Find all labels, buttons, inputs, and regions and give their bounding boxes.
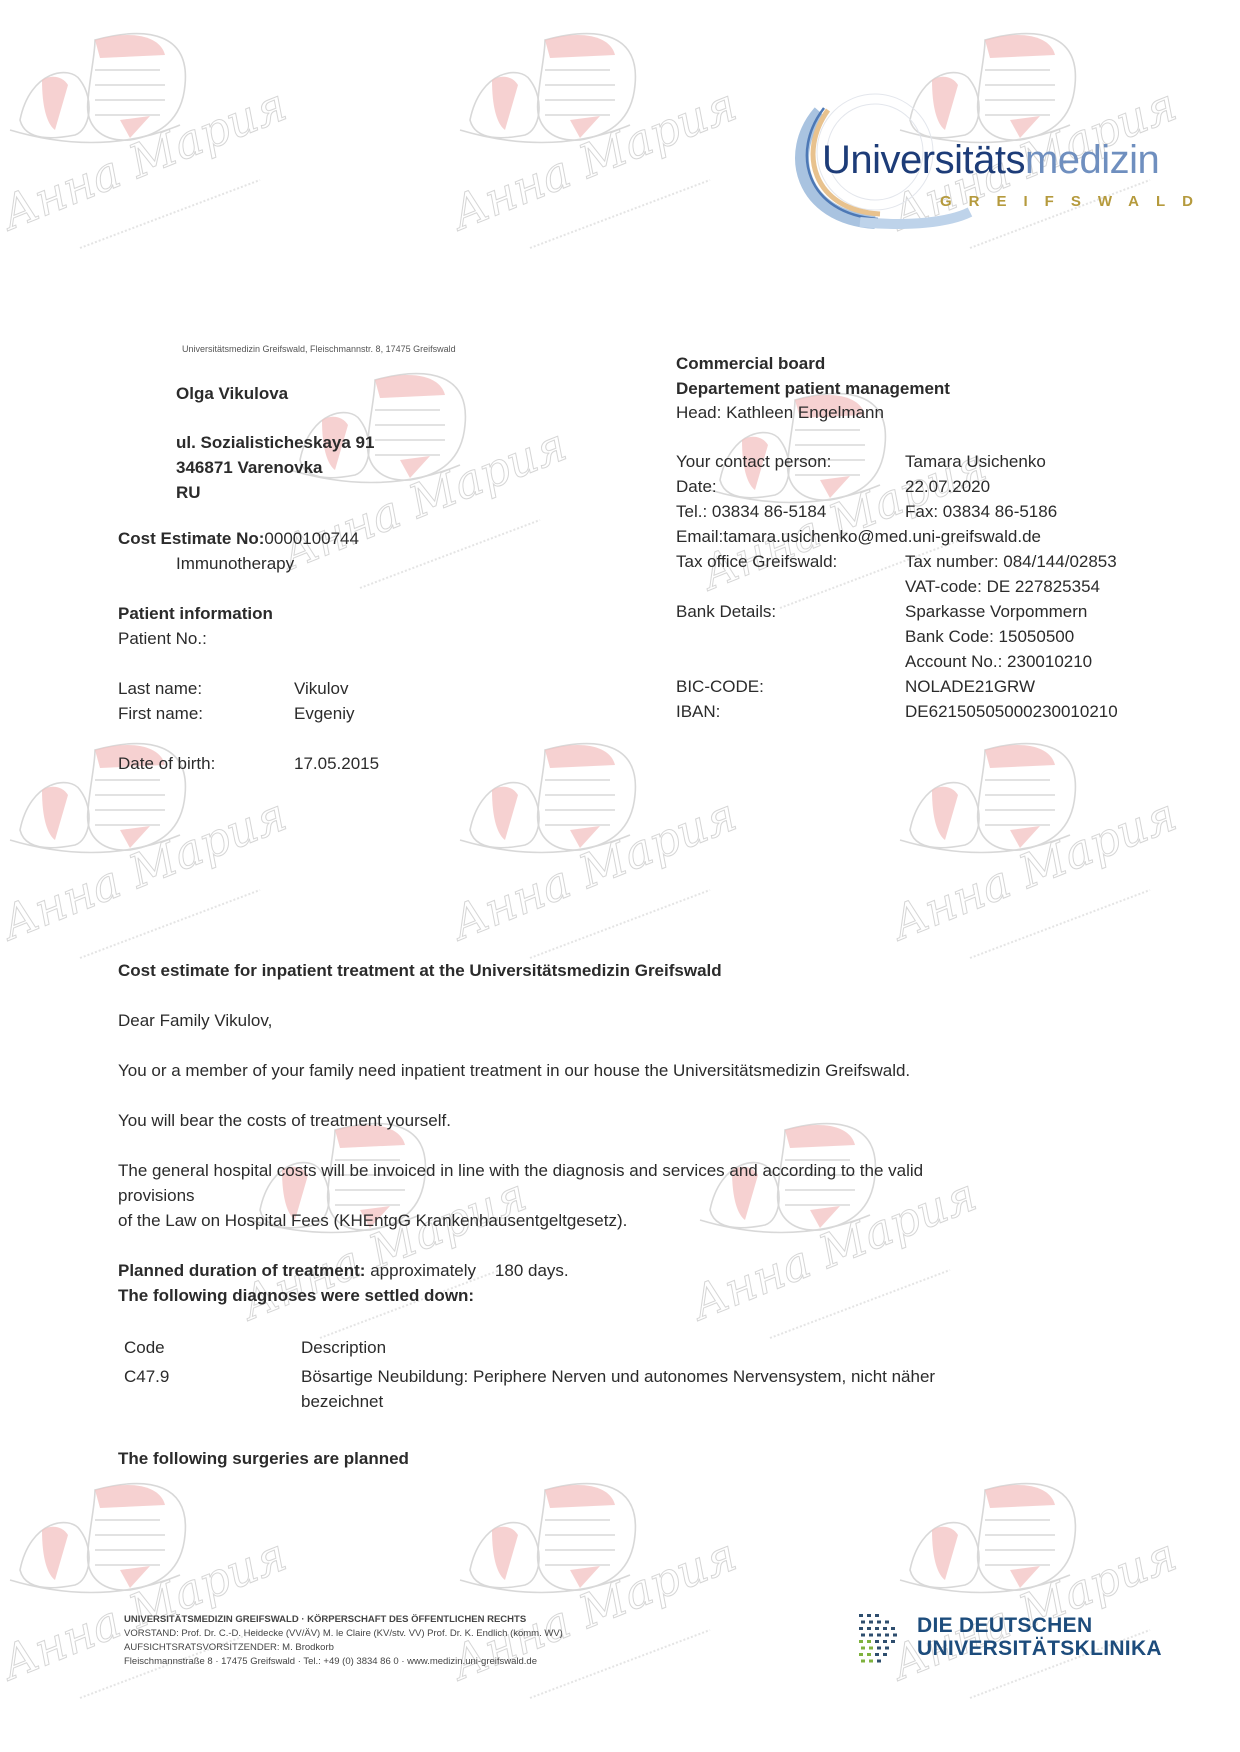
svg-text:Анна Мария: Анна Мария xyxy=(890,787,1184,951)
footer-info: UNIVERSITÄTSMEDIZIN GREIFSWALD · KÖRPERS… xyxy=(124,1613,563,1669)
cost-estimate-number: Cost Estimate No:0000100744 xyxy=(118,526,359,551)
svg-text:Анна Мария: Анна Мария xyxy=(690,1167,984,1331)
recipient-street: ul. Sozialisticheskaya 91 xyxy=(176,430,374,455)
watermark-logo: Анна Мария xyxy=(450,740,750,970)
surgeries-heading: The following surgeries are planned xyxy=(118,1446,409,1471)
letter-paragraph-3-line-3: of the Law on Hospital Fees (KHEntgG Kra… xyxy=(118,1208,627,1233)
contact-row-value: Tax number: 084/144/02853 xyxy=(905,549,1117,574)
footer-line-2: VORSTAND: Prof. Dr. C.-D. Heidecke (VV/Ä… xyxy=(124,1627,563,1641)
letter-greeting: Dear Family Vikulov, xyxy=(118,1008,272,1033)
first-name-value: Evgeniy xyxy=(294,701,354,726)
department: Departement patient management xyxy=(676,376,950,401)
contact-row-value: Account No.: 230010210 xyxy=(905,649,1092,674)
footer-line-4: Fleischmannstraße 8 · 17475 Greifswald ·… xyxy=(124,1655,563,1669)
dots-grid-icon xyxy=(855,1612,907,1668)
contact-row-label: Email:tamara.usichenko@med.uni-greifswal… xyxy=(676,524,1041,549)
watermark-logo: Анна Мария xyxy=(890,740,1190,970)
contact-row-label: IBAN: xyxy=(676,699,720,724)
footer-line-1: UNIVERSITÄTSMEDIZIN GREIFSWALD · KÖRPERS… xyxy=(124,1613,563,1627)
contact-row-value: NOLADE21GRW xyxy=(905,674,1035,699)
dob-value: 17.05.2015 xyxy=(294,751,379,776)
contact-row-label: Your contact person: xyxy=(676,449,831,474)
watermark-logo: Анна Мария xyxy=(450,30,750,260)
department-head: Head: Kathleen Engelmann xyxy=(676,400,884,425)
commercial-board: Commercial board xyxy=(676,351,825,376)
diagnoses-heading: The following diagnoses were settled dow… xyxy=(118,1283,474,1308)
contact-row-label: Bank Details: xyxy=(676,599,776,624)
watermark-logo: Анна Мария xyxy=(240,1120,540,1350)
diagnosis-code: C47.9 xyxy=(124,1364,169,1389)
last-name-label: Last name: xyxy=(118,676,202,701)
watermark-logo: Анна Мария xyxy=(450,1480,750,1710)
contact-row-value: Fax: 03834 86-5186 xyxy=(905,499,1057,524)
letter-paragraph-3-line-1: The general hospital costs will be invoi… xyxy=(118,1158,923,1183)
diagnoses-column-code: Code xyxy=(124,1335,165,1360)
contact-row-value: VAT-code: DE 227825354 xyxy=(905,574,1100,599)
contact-row-value: Bank Code: 15050500 xyxy=(905,624,1074,649)
contact-row-label: BIC-CODE: xyxy=(676,674,764,699)
svg-text:Анна Мария: Анна Мария xyxy=(0,787,294,951)
letter-paragraph-1: You or a member of your family need inpa… xyxy=(118,1058,910,1083)
svg-text:Анна Мария: Анна Мария xyxy=(450,787,744,951)
svg-text:Анна Мария: Анна Мария xyxy=(450,77,744,241)
logo-subtitle: GREIFSWALD xyxy=(940,193,1210,210)
letter-paragraph-2: You will bear the costs of treatment you… xyxy=(118,1108,451,1133)
contact-row-value: Sparkasse Vorpommern xyxy=(905,599,1087,624)
watermark-logo: Анна Мария xyxy=(0,1480,300,1710)
footer-line-3: AUFSICHTSRATSVORSITZENDER: M. Brodkorb xyxy=(124,1641,563,1655)
contact-row-value: Tamara Usichenko xyxy=(905,449,1046,474)
contact-row-label: Tel.: 03834 86-5184 xyxy=(676,499,826,524)
diagnosis-description-line-2: bezeichnet xyxy=(301,1389,383,1414)
partner-logo-text: DIE DEUTSCHEN UNIVERSITÄTSKLINIKA xyxy=(917,1614,1162,1660)
diagnosis-description-line-1: Bösartige Neubildung: Periphere Nerven u… xyxy=(301,1364,935,1389)
letter-subject: Cost estimate for inpatient treatment at… xyxy=(118,958,722,983)
patient-no-label: Patient No.: xyxy=(118,626,207,651)
recipient-city: 346871 Varenovka xyxy=(176,455,323,480)
logo-title: Universitätsmedizin xyxy=(822,138,1159,183)
letter-paragraph-3-line-2: provisions xyxy=(118,1183,195,1208)
treatment-type: Immunotherapy xyxy=(176,551,294,576)
patient-info-heading: Patient information xyxy=(118,601,273,626)
contact-row-value: 22.07.2020 xyxy=(905,474,990,499)
contact-row-label: Tax office Greifswald: xyxy=(676,549,837,574)
recipient-name: Olga Vikulova xyxy=(176,381,288,406)
contact-row-value: DE62150505000230010210 xyxy=(905,699,1118,724)
diagnoses-column-description: Description xyxy=(301,1335,386,1360)
watermark-logo: Анна Мария xyxy=(0,30,300,260)
watermark-logo: Анна Мария xyxy=(280,370,580,600)
contact-row-label: Date: xyxy=(676,474,717,499)
watermark-logo: Анна Мария xyxy=(690,1120,990,1350)
first-name-label: First name: xyxy=(118,701,203,726)
planned-duration: Planned duration of treatment: approxima… xyxy=(118,1258,569,1283)
recipient-country: RU xyxy=(176,480,201,505)
svg-text:Анна Мария: Анна Мария xyxy=(0,77,294,241)
university-logo: Universitätsmedizin GREIFSWALD xyxy=(780,92,1220,242)
dob-label: Date of birth: xyxy=(118,751,215,776)
sender-return-address: Universitätsmedizin Greifswald, Fleischm… xyxy=(182,344,456,354)
watermark-logo: Анна Мария xyxy=(890,1480,1190,1710)
last-name-value: Vikulov xyxy=(294,676,349,701)
partner-logo: DIE DEUTSCHEN UNIVERSITÄTSKLINIKA xyxy=(855,1612,1185,1672)
